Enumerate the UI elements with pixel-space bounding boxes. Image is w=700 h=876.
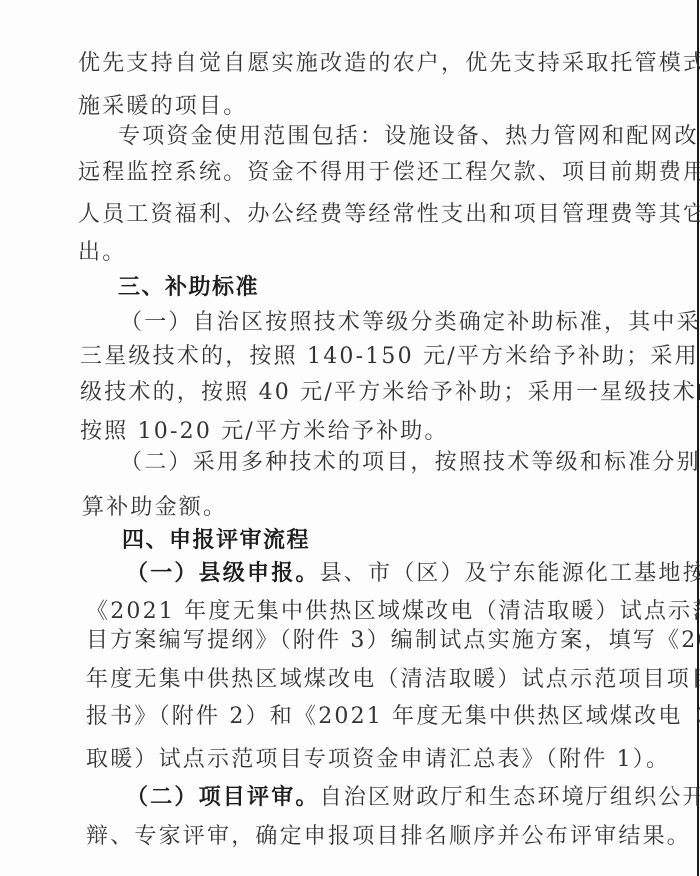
paragraph-text: 自治区财政厅和生态环境厅组织公开答 (320, 785, 700, 810)
paragraph-line: 专项资金使用范围包括：设施设备、热力管网和配网改造、 (118, 123, 700, 151)
paragraph-line: 《2021 年度无集中供热区域煤改电（清洁取暖）试点示范项 (86, 598, 700, 626)
paragraph-line: 取暖）试点示范项目专项资金申请汇总表》（附件 1）。 (86, 746, 670, 774)
paragraph-line: 辩、专家评审，确定申报项目排名顺序并公布评审结果。 (86, 823, 691, 851)
section-heading-subsidy-standard: 三、补助标准 (118, 273, 259, 301)
paragraph-line: 年度无集中供热区域煤改电（清洁取暖）试点示范项目项目申 (86, 666, 700, 694)
subheading-project-review: （二）项目评审。 (126, 784, 320, 810)
paragraph-line: 三星级技术的，按照 140-150 元/平方米给予补助；采用二星 (80, 343, 700, 371)
subheading-county-application: （一）县级申报。 (126, 560, 320, 586)
document-page: 优先支持自觉自愿实施改造的农户，优先支持采取托管模式实 施采暖的项目。 专项资金… (0, 0, 700, 876)
paragraph-line: （二）项目评审。自治区财政厅和生态环境厅组织公开答 (126, 783, 700, 812)
paragraph-line: （一）自治区按照技术等级分类确定补助标准，其中采用 (120, 309, 700, 337)
paragraph-line: 目方案编写提纲》（附件 3）编制试点实施方案，填写《2021 (86, 627, 700, 655)
paragraph-line: 算补助金额。 (82, 494, 227, 522)
paragraph-line: （二）采用多种技术的项目，按照技术等级和标准分别计 (120, 449, 700, 477)
paragraph-line: 施采暖的项目。 (78, 93, 247, 121)
paragraph-line: 按照 10-20 元/平方米给予补助。 (80, 418, 449, 446)
paragraph-line: 人员工资福利、办公经费等经常性支出和项目管理费等其它支 (78, 201, 700, 229)
paragraph-line: （一）县级申报。县、市（区）及宁东能源化工基地按照 (126, 559, 700, 588)
paragraph-line: 级技术的，按照 40 元/平方米给予补助；采用一星级技术的， (80, 379, 700, 407)
paragraph-line: 出。 (78, 239, 126, 267)
paragraph-line: 报书》（附件 2）和《2021 年度无集中供热区域煤改电（清洁 (86, 703, 700, 731)
section-heading-application-review: 四、申报评审流程 (122, 526, 310, 554)
paragraph-text: 县、市（区）及宁东能源化工基地按照 (320, 561, 700, 586)
paragraph-line: 优先支持自觉自愿实施改造的农户，优先支持采取托管模式实 (78, 50, 700, 78)
paragraph-line: 远程监控系统。资金不得用于偿还工程欠款、项目前期费用、 (78, 159, 700, 187)
